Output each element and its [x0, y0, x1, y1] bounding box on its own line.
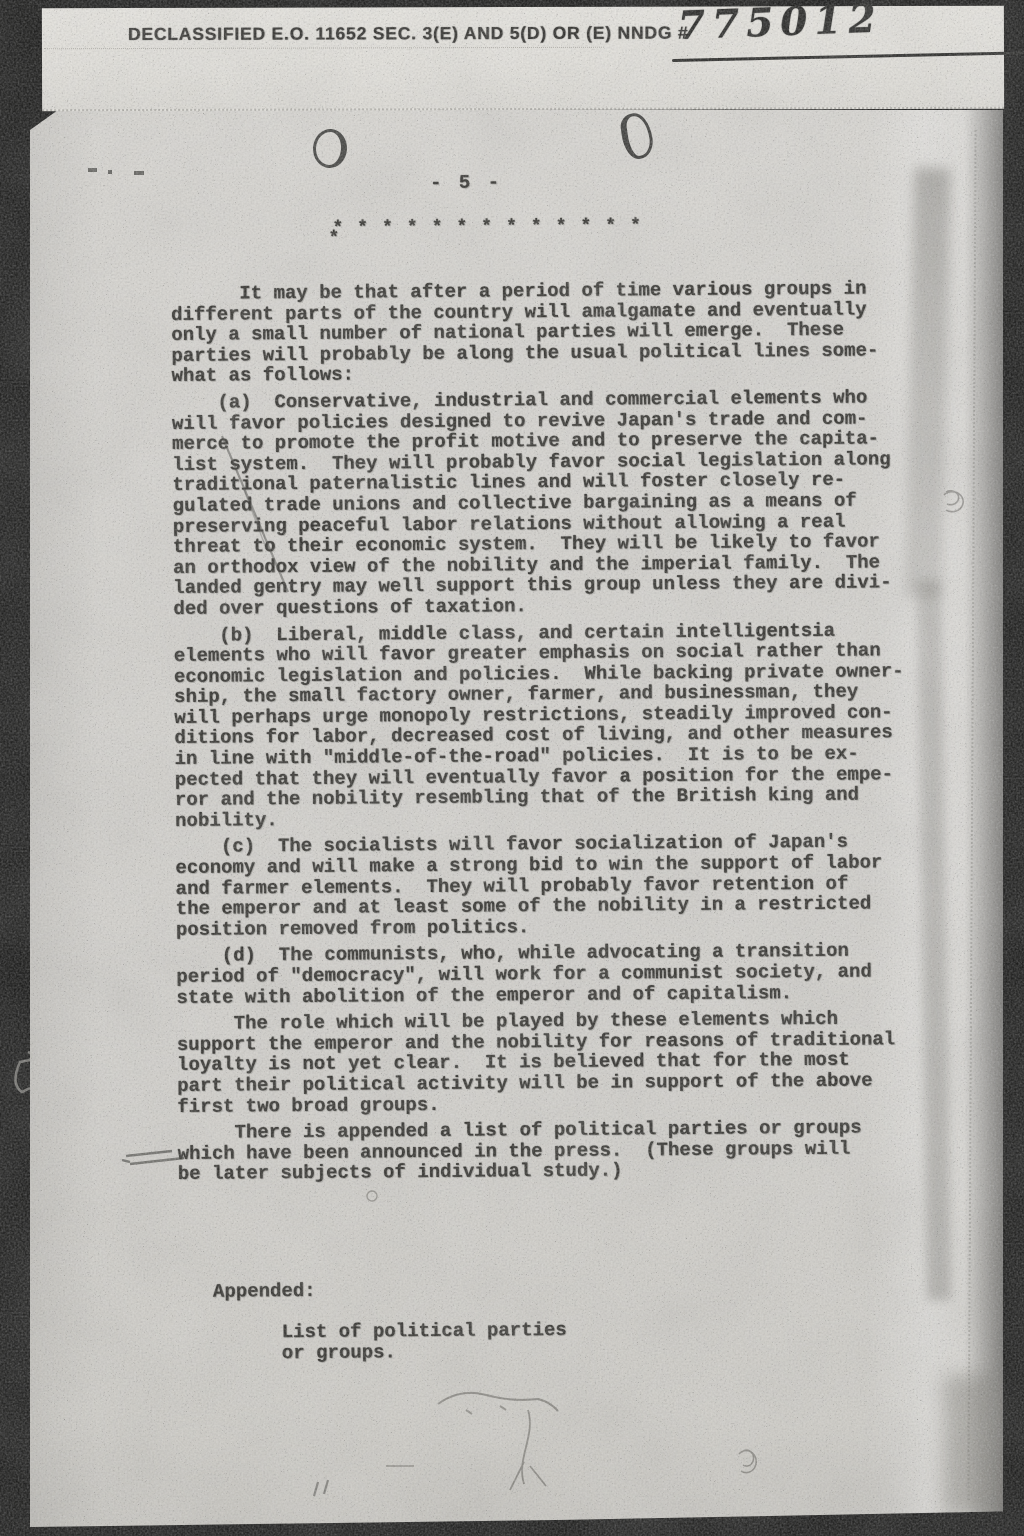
asterisk-overstrike: * — [328, 229, 339, 249]
asterisk-separator: * * * * * * * * * * * * * — [332, 216, 642, 238]
scan-fold-dotted-line — [967, 130, 976, 1500]
paragraph-role: The role which will be played by these e… — [177, 1008, 948, 1117]
paragraph-c: (c) The socialists will favor socializat… — [175, 831, 946, 940]
declassification-stamp-strip: DECLASSIFIED E.O. 11652 SEC. 3(E) AND 5(… — [42, 6, 1004, 112]
paragraph-d: (d) The communists, who, while advocatin… — [176, 940, 946, 1008]
stamp-dotted-line — [44, 47, 604, 49]
paragraph-intro: It may be that after a period of time va… — [171, 278, 942, 387]
stamp-text: DECLASSIFIED E.O. 11652 SEC. 3(E) AND 5(… — [128, 23, 689, 45]
scanned-document-screenshot: { "stamp": { "text": "DECLASSIFIED E.O. … — [0, 0, 1024, 1536]
appended-section: Appended: List of political parties or g… — [179, 1276, 950, 1364]
document-page: - 5 - * * * * * * * * * * * * * * It may… — [30, 110, 1003, 1527]
paragraph-a: (a) Conservative, industrial and commerc… — [172, 387, 944, 620]
paragraph-appended-note: There is appended a list of political pa… — [177, 1117, 947, 1185]
page-number: - 5 - — [430, 171, 502, 194]
scan-smudge-corner — [945, 1375, 997, 1515]
stamp-underline — [672, 51, 1024, 62]
paragraph-b: (b) Liberal, middle class, and certain i… — [174, 619, 946, 831]
punch-hole-mark-left — [312, 128, 349, 169]
stamp-handwritten-number: 775012 — [677, 0, 883, 49]
typed-body: It may be that after a period of time va… — [171, 278, 950, 1370]
punch-hole-mark-right — [619, 111, 655, 161]
typed-content: - 5 - * * * * * * * * * * * * * * It may… — [170, 166, 960, 172]
